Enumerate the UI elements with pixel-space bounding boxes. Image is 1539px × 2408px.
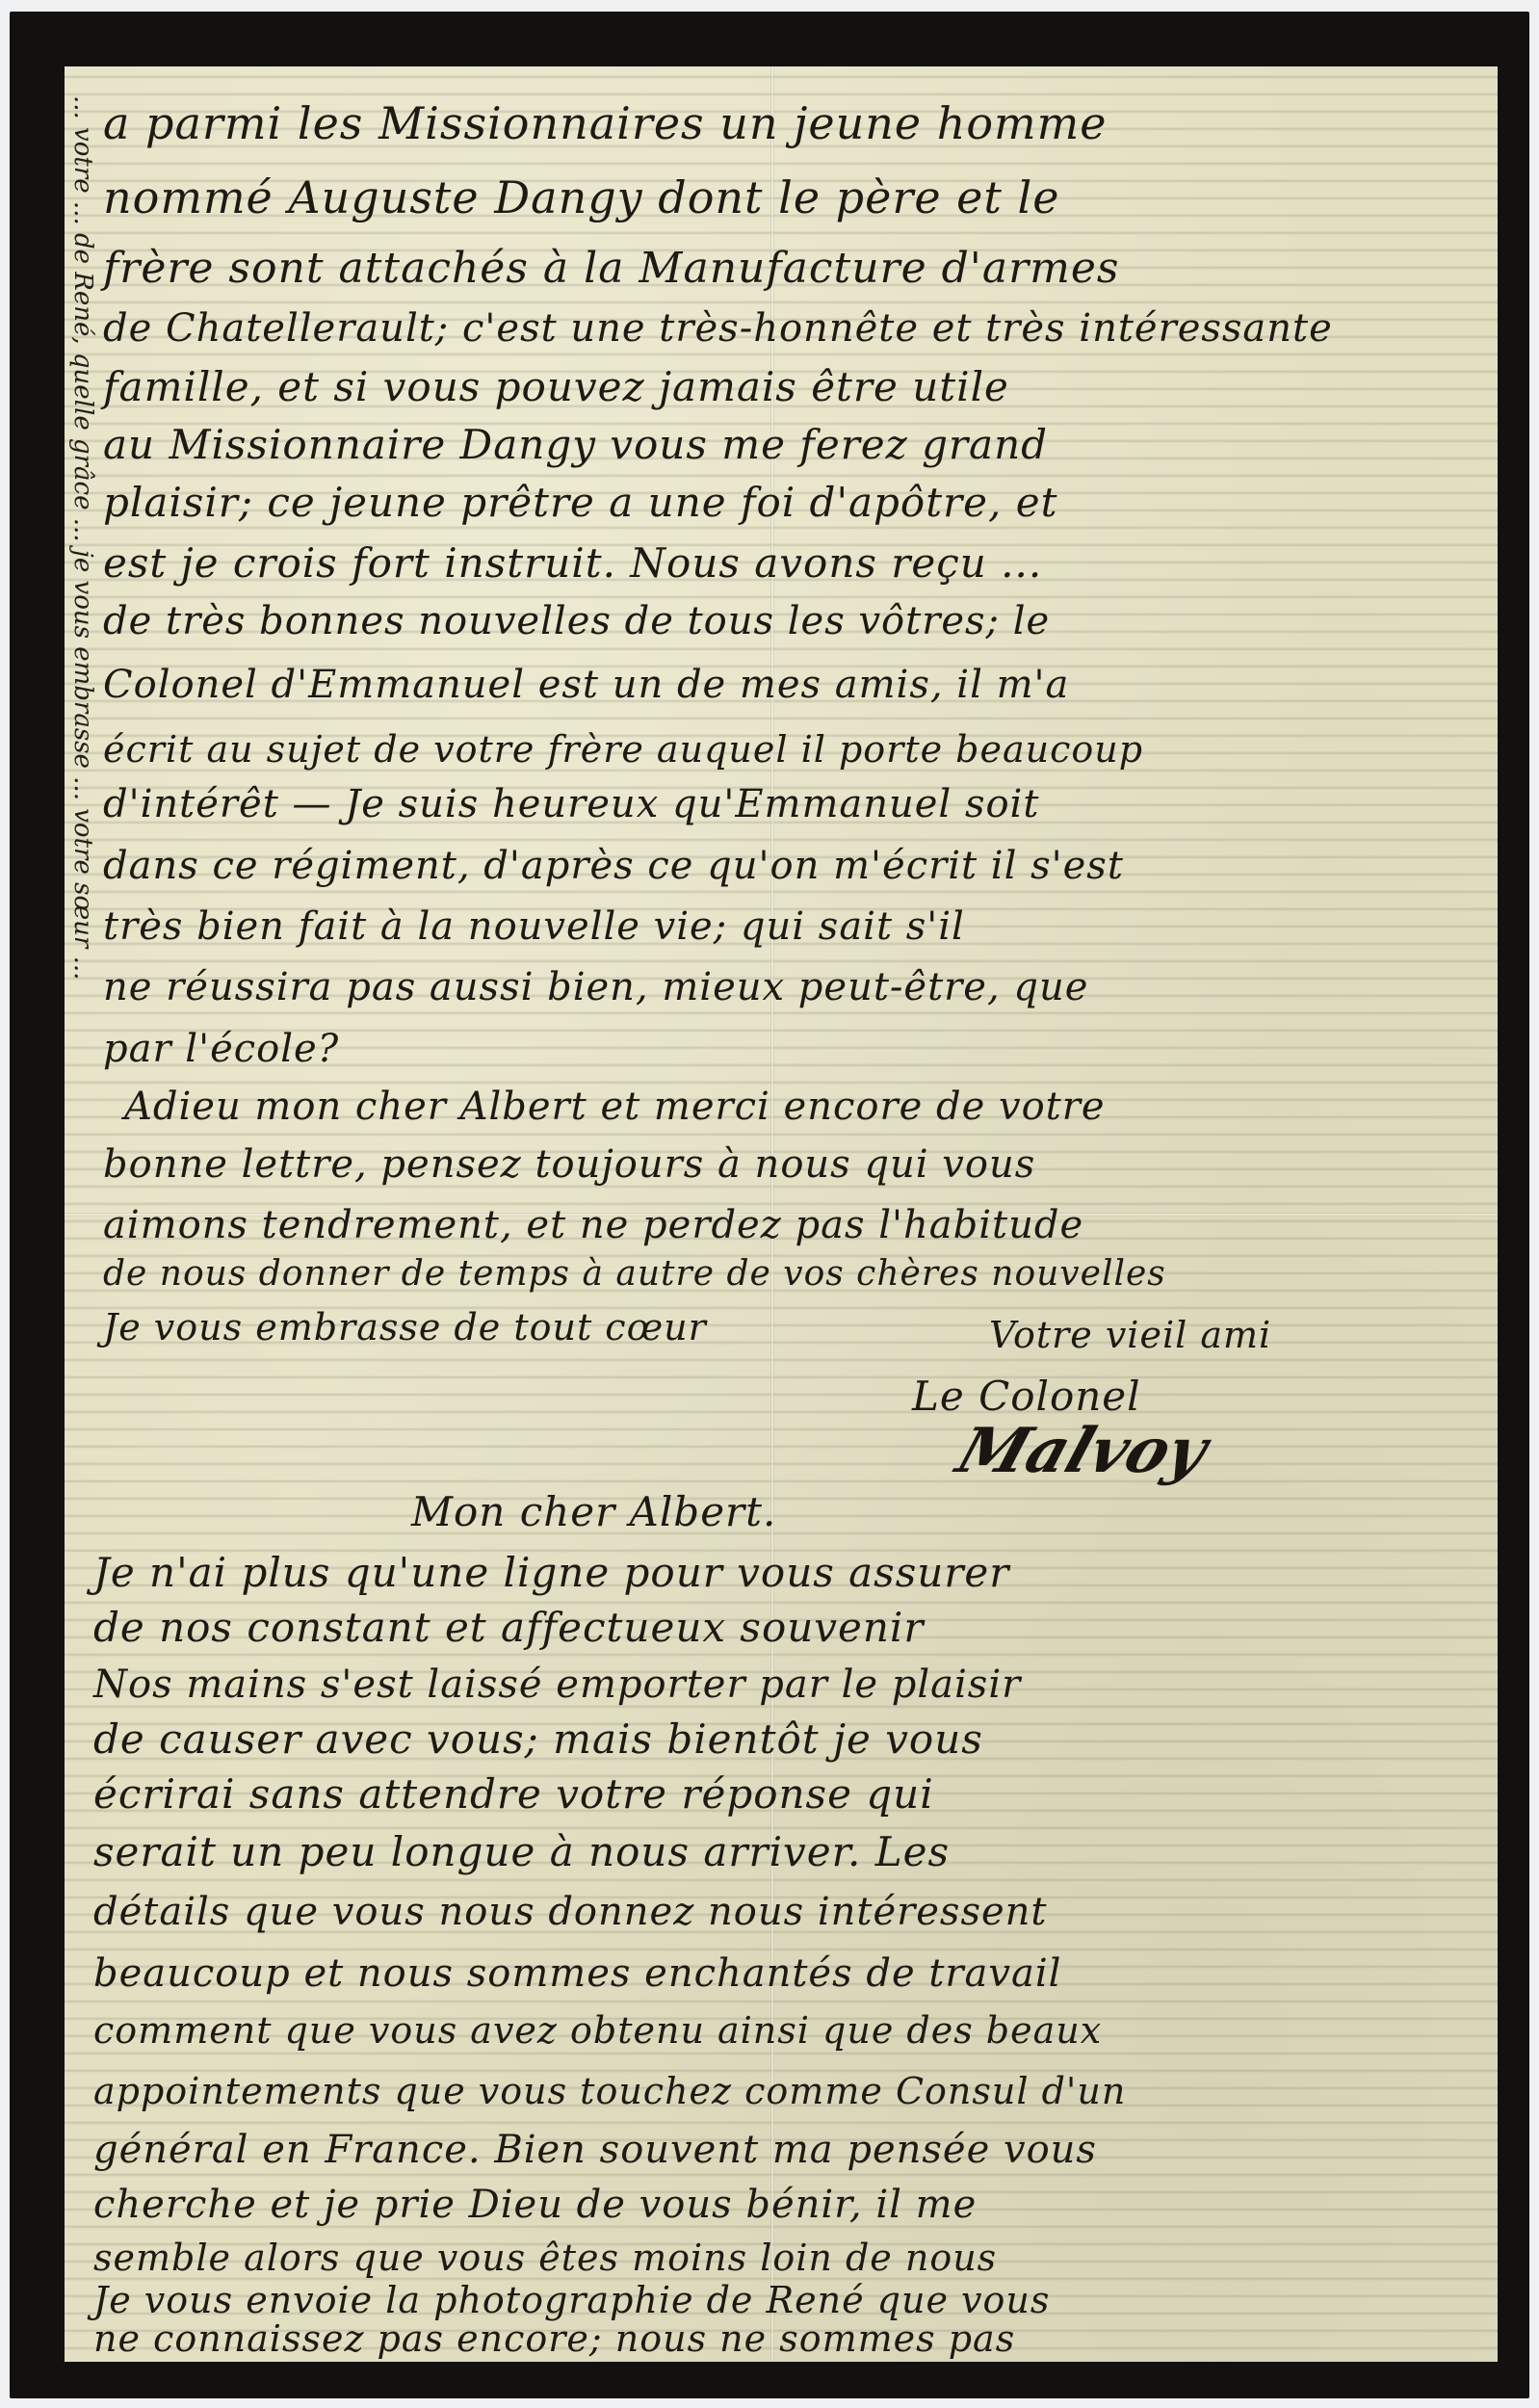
- letter-line: écrit au sujet de votre frère auquel il …: [103, 731, 1143, 768]
- letter-line: de très bonnes nouvelles de tous les vôt…: [103, 602, 1050, 641]
- letter-line: aimons tendrement, et ne perdez pas l'ha…: [103, 1206, 1083, 1244]
- letter-line: nommé Auguste Dangy dont le père et le: [103, 175, 1059, 220]
- letter-line: d'intérêt — Je suis heureux qu'Emmanuel …: [103, 785, 1039, 824]
- letter-line: ne connaissez pas encore; nous ne sommes…: [93, 2320, 1015, 2357]
- letter-line: beaucoup et nous sommes enchantés de tra…: [93, 1954, 1061, 1993]
- letter-line: de causer avec vous; mais bientôt je vou…: [93, 1719, 983, 1760]
- letter-line: plaisir; ce jeune prêtre a une foi d'apô…: [103, 483, 1057, 523]
- letter-line: frère sont attachés à la Manufacture d'a…: [103, 248, 1119, 290]
- letter-line: famille, et si vous pouvez jamais être u…: [103, 367, 1009, 407]
- letter-line: Je n'ai plus qu'une ligne pour vous assu…: [93, 1553, 1009, 1593]
- letter-line: de Chatellerault; c'est une très-honnête…: [103, 309, 1333, 348]
- letter-line: Colonel d'Emmanuel est un de mes amis, i…: [103, 666, 1069, 704]
- letter-line: a parmi les Missionnaires un jeune homme: [103, 101, 1108, 145]
- letter-line: de nous donner de temps à autre de vos c…: [103, 1257, 1166, 1292]
- letter-line: bonne lettre, pensez toujours à nous qui…: [103, 1145, 1035, 1184]
- letter-line: cherche et je prie Dieu de vous bénir, i…: [93, 2186, 977, 2224]
- black-photo-frame: ... votre ... de René, quelle grâce ... …: [10, 12, 1529, 2398]
- letter-line: Adieu mon cher Albert et merci encore de…: [124, 1087, 1106, 1126]
- letter-line: semble alors que vous êtes moins loin de…: [93, 2239, 997, 2276]
- letter-line: très bien fait à la nouvelle vie; qui sa…: [103, 907, 965, 946]
- letter-paper: ... votre ... de René, quelle grâce ... …: [65, 66, 1498, 2362]
- salutation: Mon cher Albert.: [411, 1492, 776, 1532]
- letter-line: au Missionnaire Dangy vous me ferez gran…: [103, 425, 1048, 465]
- letter-line: Je vous envoie la photographie de René q…: [93, 2282, 1050, 2318]
- signature: Malvoy: [949, 1415, 1216, 1487]
- letter-line: par l'école?: [103, 1030, 339, 1068]
- letter-line: est je crois fort instruit. Nous avons r…: [103, 543, 1042, 584]
- letter-line: comment que vous avez obtenu ainsi que d…: [93, 2012, 1102, 2049]
- closing-title: Le Colonel: [912, 1376, 1141, 1417]
- letter-line: dans ce régiment, d'après ce qu'on m'écr…: [103, 847, 1124, 885]
- left-margin-note: ... votre ... de René, quelle grâce ... …: [68, 95, 97, 980]
- letter-line: écrirai sans attendre votre réponse qui: [93, 1774, 934, 1815]
- closing-text: Votre vieil ami: [989, 1317, 1271, 1353]
- letter-line: général en France. Bien souvent ma pensé…: [93, 2131, 1097, 2169]
- letter-line: de nos constant et affectueux souvenir: [93, 1608, 924, 1648]
- letter-line: appointements que vous touchez comme Con…: [93, 2073, 1126, 2109]
- letter-line: ne réussira pas aussi bien, mieux peut-ê…: [103, 968, 1088, 1007]
- letter-line: Je vous embrasse de tout cœur: [103, 1309, 707, 1346]
- letter-line: Nos mains s'est laissé emporter par le p…: [93, 1665, 1021, 1704]
- letter-line: détails que vous nous donnez nous intére…: [93, 1893, 1048, 1931]
- letter-line: serait un peu longue à nous arriver. Les: [93, 1832, 950, 1872]
